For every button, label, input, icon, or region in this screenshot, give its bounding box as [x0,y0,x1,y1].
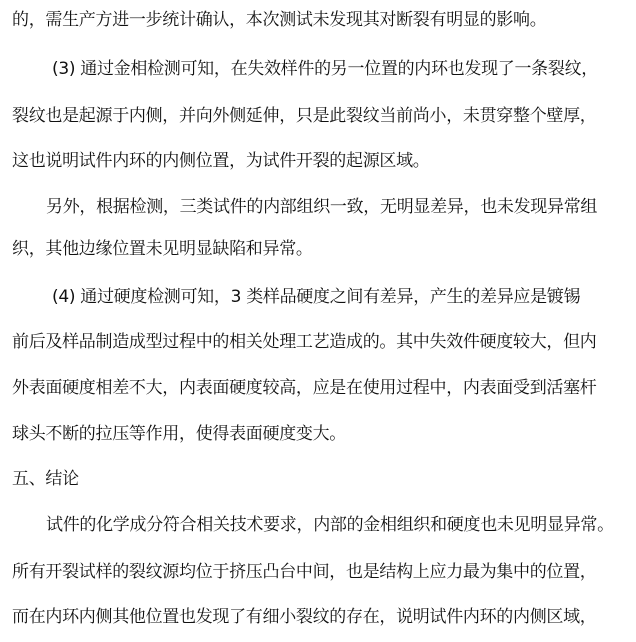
text-line: 这也说明试件内环的内侧位置，为试件开裂的起源区域。 [12,150,630,172]
text-line: 织，其他边缘位置未见明显缺陷和异常。 [12,238,630,260]
section-heading-conclusion: 五、结论 [12,468,630,490]
text-line: 前后及样品制造成型过程中的相关处理工艺造成的。其中失效件硬度较大，但内 [12,331,630,353]
paragraph-4-start: (4) 通过硬度检测可知，3 类样品硬度之间有差异，产生的差异应是镀锡 [52,286,630,308]
text-line: 球头不断的拉压等作用，使得表面硬度变大。 [12,423,630,445]
text-line: 所有开裂试样的裂纹源均位于挤压凸台中间，也是结构上应力最为集中的位置， [12,561,630,583]
text-line: 而在内环内侧其他位置也发现了有细小裂纹的存在，说明试件内环的内侧区域， [12,606,630,628]
conclusion-paragraph-start: 试件的化学成分符合相关技术要求，内部的金相组织和硬度也未见明显异常。 [46,514,630,536]
text-line: 外表面硬度相差不大，内表面硬度较高，应是在使用过程中，内表面受到活塞杆 [12,377,630,399]
paragraph-additional-start: 另外，根据检测，三类试件的内部组织一致，无明显差异，也未发现异常组 [46,196,630,218]
text-line: 的，需生产方进一步统计确认，本次测试未发现其对断裂有明显的影响。 [12,9,630,31]
paragraph-3-start: (3) 通过金相检测可知，在失效样件的另一位置的内环也发现了一条裂纹， [52,58,630,80]
text-line: 裂纹也是起源于内侧，并向外侧延伸，只是此裂纹当前尚小，未贯穿整个壁厚， [12,105,630,127]
